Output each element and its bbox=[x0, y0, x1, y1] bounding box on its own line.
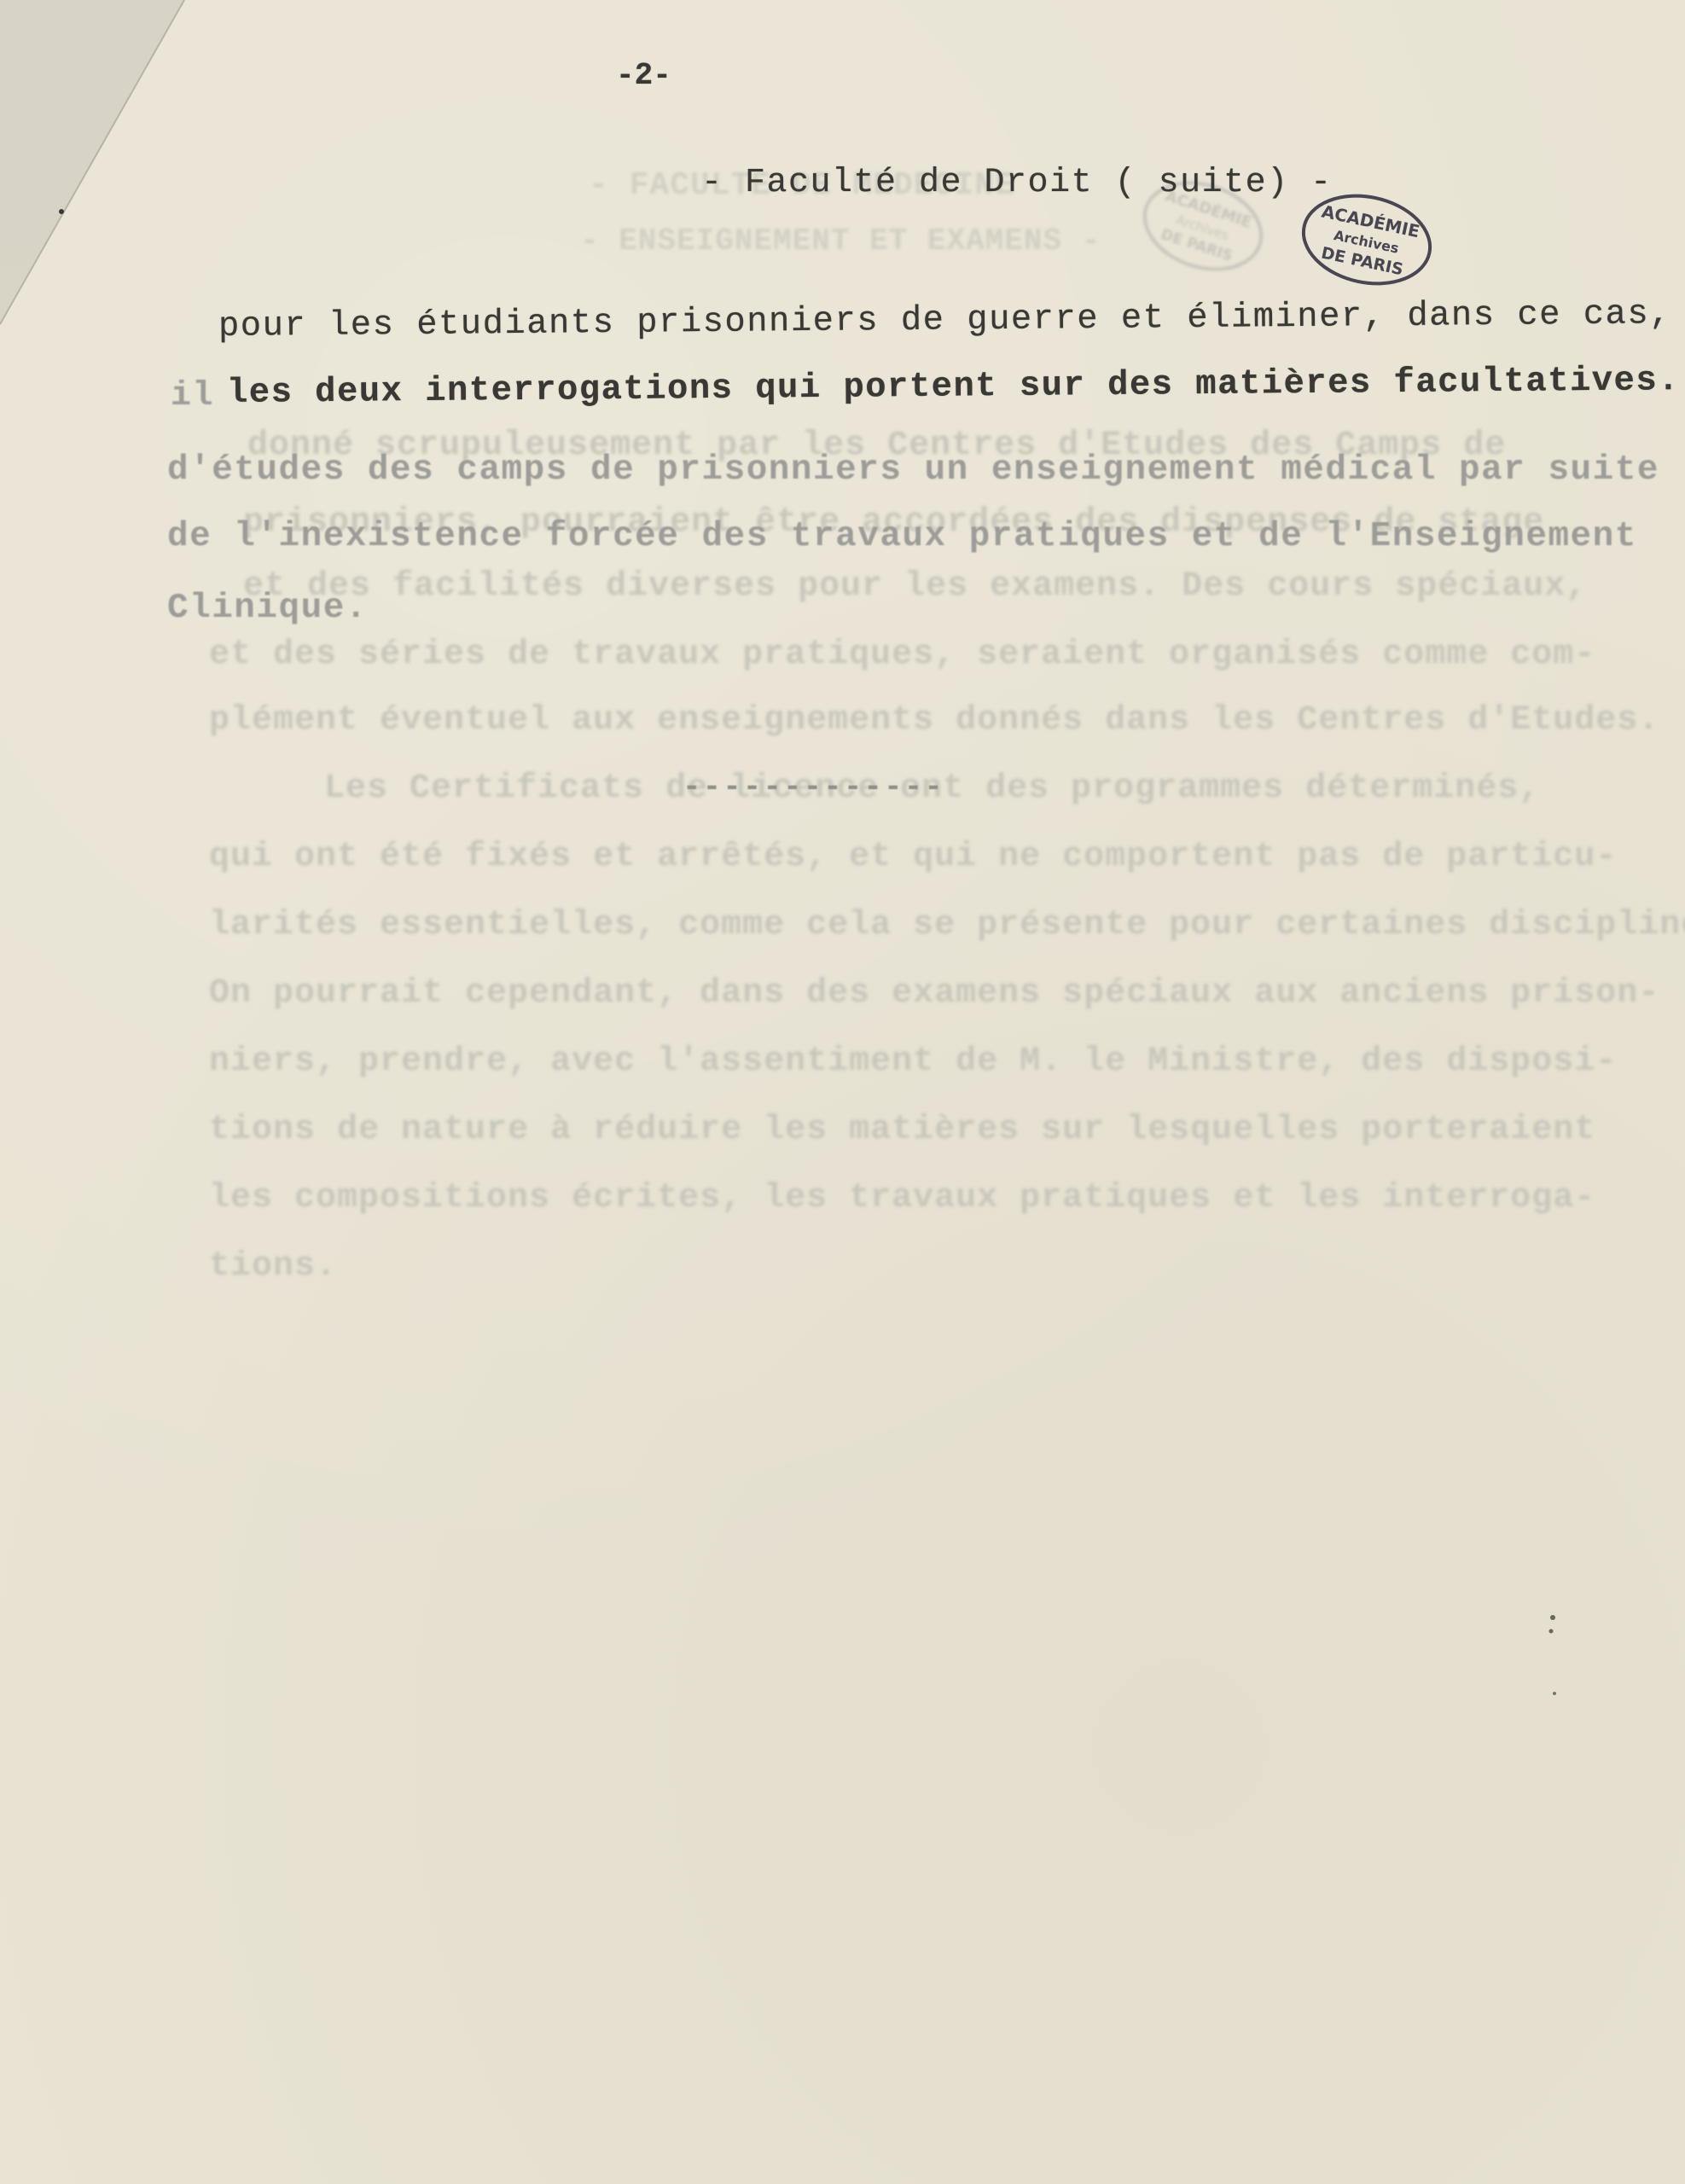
offset-line: de l'inexistence forcée des travaux prat… bbox=[167, 517, 1637, 556]
showthrough-subtitle: - ENSEIGNEMENT ET EXAMENS - bbox=[580, 224, 1101, 258]
offset-margin-fragment: il bbox=[171, 377, 214, 415]
showthrough-line: On pourrait cependant, dans des examens … bbox=[209, 974, 1659, 1013]
offset-line: d'études des camps de prisonniers un ens… bbox=[167, 450, 1659, 490]
offset-line: Clinique. bbox=[167, 589, 368, 628]
showthrough-line: niers, prendre, avec l'assentiment de M.… bbox=[209, 1043, 1617, 1081]
showthrough-line: plément éventuel aux enseignements donné… bbox=[209, 701, 1659, 740]
ink-specks bbox=[1544, 1612, 1561, 1706]
document-page: - FACULTE DE MEDECINE - ENSEIGNEMENT ET … bbox=[0, 0, 1685, 2184]
showthrough-line: qui ont été fixés et arrêtés, et qui ne … bbox=[209, 838, 1617, 876]
showthrough-line: et des facilités diverses pour les exame… bbox=[243, 567, 1587, 606]
showthrough-line: tions. bbox=[209, 1247, 337, 1286]
showthrough-line: et des séries de travaux pratiques, sera… bbox=[209, 636, 1595, 674]
section-separator: ------------- bbox=[683, 770, 944, 804]
showthrough-line: larités essentielles, comme cela se prés… bbox=[209, 906, 1685, 944]
page-number: -2- bbox=[616, 58, 671, 93]
section-title: - Faculté de Droit ( suite) - bbox=[701, 164, 1333, 202]
showthrough-line: les compositions écrites, les travaux pr… bbox=[209, 1179, 1595, 1217]
showthrough-line: tions de nature à réduire les matières s… bbox=[209, 1111, 1595, 1149]
